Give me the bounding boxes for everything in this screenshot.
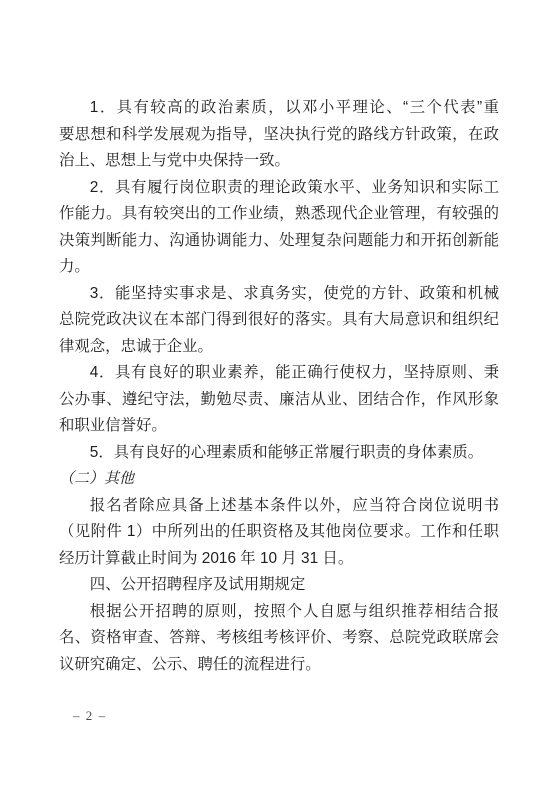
text-line: 议研究确定、公示、聘任的流程进行。	[59, 652, 499, 679]
document-body: 1．具有较高的政治素质，以邓小平理论、“三个代表”重要思想和科学发展观为指导，坚…	[59, 95, 499, 678]
paragraph-body: 2．具有履行岗位职责的理论政策水平、业务知识和实际工作能力。具有较突出的工作业绩…	[59, 175, 499, 281]
paragraph-heading: 四、公开招聘程序及试用期规定	[59, 572, 499, 599]
page-number: – 2 –	[73, 708, 107, 724]
paragraph-body: 报名者除应具备上述基本条件以外，应当符合岗位说明书（见附件 1）中所列出的任职资…	[59, 493, 499, 573]
text-line: 4．具有良好的职业素养，能正确行使权力，坚持原则、秉	[59, 360, 499, 387]
text-line: 经历计算截止时间为 2016 年 10 月 31 日。	[59, 546, 499, 573]
text-line: 律观念，忠诚于企业。	[59, 334, 499, 361]
text-line: 决策判断能力、沟通协调能力、处理复杂问题能力和开拓创新能	[59, 228, 499, 255]
paragraph-body: 1．具有较高的政治素质，以邓小平理论、“三个代表”重要思想和科学发展观为指导，坚…	[59, 95, 499, 175]
text-line: （见附件 1）中所列出的任职资格及其他岗位要求。工作和任职	[59, 519, 499, 546]
text-line: 2．具有履行岗位职责的理论政策水平、业务知识和实际工	[59, 175, 499, 202]
text-line: 报名者除应具备上述基本条件以外，应当符合岗位说明书	[59, 493, 499, 520]
text-line: 和职业信誉好。	[59, 413, 499, 440]
text-line: 总院党政决议在本部门得到很好的落实。具有大局意识和组织纪	[59, 307, 499, 334]
paragraph-body: 4．具有良好的职业素养，能正确行使权力，坚持原则、秉公办事、遵纪守法，勤勉尽责、…	[59, 360, 499, 440]
text-line: 名、资格审查、答辩、考核组考核评价、考察、总院党政联席会	[59, 625, 499, 652]
text-line: 四、公开招聘程序及试用期规定	[59, 572, 499, 599]
text-line: 力。	[59, 254, 499, 281]
paragraph-body: 5．具有良好的心理素质和能够正常履行职责的身体素质。	[59, 440, 499, 467]
text-line: 根据公开招聘的原则，按照个人自愿与组织推荐相结合报	[59, 599, 499, 626]
document-page: 1．具有较高的政治素质，以邓小平理论、“三个代表”重要思想和科学发展观为指导，坚…	[0, 0, 558, 786]
text-line: 治上、思想上与党中央保持一致。	[59, 148, 499, 175]
paragraph-kaiti: （二）其他	[59, 466, 499, 493]
text-line: 1．具有较高的政治素质，以邓小平理论、“三个代表”重	[59, 95, 499, 122]
paragraph-body: 3．能坚持实事求是、求真务实，使党的方针、政策和机械总院党政决议在本部门得到很好…	[59, 281, 499, 361]
text-line: 公办事、遵纪守法，勤勉尽责、廉洁从业、团结合作，作风形象	[59, 387, 499, 414]
text-line: 5．具有良好的心理素质和能够正常履行职责的身体素质。	[59, 440, 499, 467]
text-line: （二）其他	[59, 466, 499, 493]
text-line: 作能力。具有较突出的工作业绩，熟悉现代企业管理，有较强的	[59, 201, 499, 228]
text-line: 3．能坚持实事求是、求真务实，使党的方针、政策和机械	[59, 281, 499, 308]
text-line: 要思想和科学发展观为指导，坚决执行党的路线方针政策，在政	[59, 122, 499, 149]
paragraph-body: 根据公开招聘的原则，按照个人自愿与组织推荐相结合报名、资格审查、答辩、考核组考核…	[59, 599, 499, 679]
